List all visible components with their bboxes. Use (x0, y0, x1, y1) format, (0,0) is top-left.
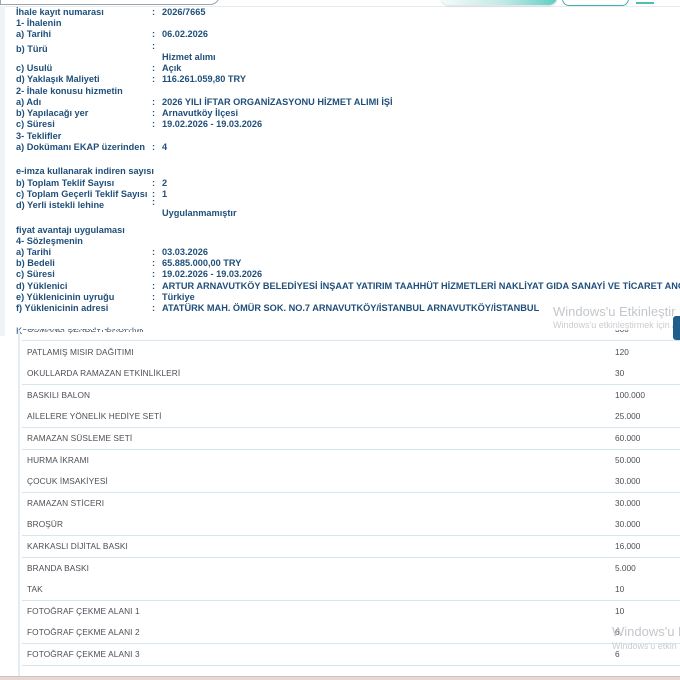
separator: : (152, 7, 162, 18)
detail-row: f) Yüklenicinin adresi:ATATÜRK MAH. ÖMÜR… (16, 303, 539, 314)
detail-row: e) Yüklenicinin uyruğu:Türkiye (16, 292, 195, 303)
detail-row: b) Toplam Teklif Sayısı:2 (16, 178, 167, 189)
separator: : (152, 142, 162, 153)
table-row: AİLELERE YÖNELİK HEDİYE SETİ25.000 (22, 406, 680, 428)
separator: : (152, 303, 162, 314)
table-row: BASKILI BALON100.000 (22, 385, 680, 407)
table-row: RAMAZAN SÜSLEME SETİ60.000 (22, 428, 680, 450)
detail-label: c) Toplam Geçerli Teklif Sayısı (16, 189, 152, 200)
item-name: PATLAMIŞ MISIR DAĞITIMI (27, 347, 134, 357)
detail-value: 19.02.2026 - 19.03.2026 (162, 119, 262, 129)
detail-row: c) Usulü:Açık (16, 63, 181, 74)
item-quantity: 30.000 (615, 476, 640, 486)
item-name: BROŞÜR (27, 519, 63, 529)
item-name: HURMA İKRAMI (27, 455, 89, 465)
item-name: FOTOĞRAF ÇEKME ALANI 1 (27, 606, 140, 616)
announcement-left-border (0, 6, 5, 336)
tender-announcement: İhale kayıt numarası:2026/76651- İhaleni… (0, 0, 680, 342)
detail-label: d) Yerli istekli lehine (16, 200, 152, 211)
item-quantity: 60.000 (615, 433, 640, 443)
detail-label: b) Türü (16, 44, 152, 55)
separator: : (152, 74, 162, 85)
detail-label: İhale kayıt numarası (16, 7, 152, 18)
detail-value: 116.261.059,80 TRY (162, 74, 246, 84)
section-heading: 4- Sözleşmenin (16, 236, 83, 246)
table-row: TAK10 (22, 579, 680, 601)
item-name: FOTOĞRAF ÇEKME ALANI 2 (27, 627, 140, 637)
section-heading: 3- Teklifler (16, 131, 61, 141)
item-quantity: 30 (615, 368, 624, 378)
detail-value: 2026 YILI İFTAR ORGANİZASYONU HİZMET ALI… (162, 97, 393, 107)
detail-value: Türkiye (162, 292, 195, 302)
detail-row: d) Yaklaşık Maliyeti:116.261.059,80 TRY (16, 74, 246, 85)
detail-row: a) Dokümanı EKAP üzerinden:4 (16, 142, 167, 153)
detail-row: c) Süresi:19.02.2026 - 19.03.2026 (16, 119, 262, 130)
item-name: BRANDA BASKI (27, 563, 89, 573)
detail-label: b) Toplam Teklif Sayısı (16, 178, 152, 189)
item-quantity: 120 (615, 347, 629, 357)
detail-row: İhale kayıt numarası:2026/7665 (16, 7, 205, 18)
item-quantity: 10 (615, 606, 624, 616)
item-name: RAMAZAN SÜSLEME SETİ (27, 433, 132, 443)
detail-value: 65.885.000,00 TRY (162, 258, 241, 268)
windows-activation-subtitle-2: Windows'u etkin (612, 641, 677, 651)
item-quantity: 300 (615, 330, 629, 334)
detail-value: ARTUR ARNAVUTKÖY BELEDİYESİ İNŞAAT YATIR… (162, 281, 680, 291)
detail-value: 03.03.2026 (162, 247, 208, 257)
separator: : (152, 63, 162, 74)
separator: : (152, 119, 162, 130)
taskbar-edge (0, 676, 680, 680)
table-row: RAMAZAN STİCERI30.000 (22, 493, 680, 515)
table-row: HURMA İKRAMI50.000 (22, 450, 680, 472)
section-heading: 1- İhalenin (16, 18, 61, 28)
table-row: OSMANLI ŞERBETİ DAĞITIMI300 (22, 330, 680, 341)
detail-label: b) Yapılacağı yer (16, 108, 152, 119)
detail-value: 2026/7665 (162, 7, 205, 17)
detail-label: b) Bedeli (16, 258, 152, 269)
detail-row: a) Tarihi:06.02.2026 (16, 29, 208, 40)
item-quantity: 5.000 (615, 563, 636, 573)
item-name: ÇOCUK İMSAKİYESİ (27, 476, 108, 486)
item-name: FOTOĞRAF ÇEKME ALANI 3 (27, 649, 140, 659)
detail-label: a) Tarihi (16, 247, 152, 258)
detail-row: c) Süresi:19.02.2026 - 19.03.2026 (16, 269, 262, 280)
detail-label: a) Dokümanı EKAP üzerinden (16, 142, 152, 153)
detail-value: 2 (162, 178, 167, 188)
table-row: FOTOĞRAF ÇEKME ALANI 110 (22, 601, 680, 623)
table-row: FOTOĞRAF ÇEKME ALANI 26 (22, 622, 680, 644)
table-row: FOTOĞRAF ÇEKME ALANI 36 (22, 644, 680, 666)
table-row: ÇOCUK İMSAKİYESİ30.000 (22, 471, 680, 493)
detail-label: c) Usulü (16, 63, 152, 74)
separator: : (152, 197, 162, 208)
items-table: OSMANLI ŞERBETİ DAĞITIMI300PATLAMIŞ MISI… (18, 330, 680, 676)
detail-label: c) Süresi (16, 269, 152, 280)
table-row: BROŞÜR30.000 (22, 514, 680, 536)
detail-value: Arnavutköy İlçesi (162, 108, 238, 118)
detail-row: a) Tarihi:03.03.2026 (16, 247, 208, 258)
detail-row: b) Bedeli:65.885.000,00 TRY (16, 258, 241, 269)
label-continuation: fiyat avantajı uygulaması (16, 225, 125, 235)
item-name: KARKASLI DİJİTAL BASKI (27, 541, 128, 551)
label-continuation: e-imza kullanarak indiren sayısı (16, 166, 154, 176)
separator: : (152, 258, 162, 269)
item-name: BASKILI BALON (27, 390, 90, 400)
detail-value: 1 (162, 189, 167, 199)
separator: : (152, 97, 162, 108)
detail-label: d) Yüklenici (16, 281, 152, 292)
detail-label: a) Tarihi (16, 29, 152, 40)
item-name: OSMANLI ŞERBETİ DAĞITIMI (27, 330, 144, 334)
item-quantity: 30.000 (615, 498, 640, 508)
detail-value: 19.02.2026 - 19.03.2026 (162, 269, 262, 279)
detail-row: b) Türü:Hizmet alımı (16, 44, 216, 55)
detail-value: 06.02.2026 (162, 29, 208, 39)
item-quantity: 30.000 (615, 519, 640, 529)
detail-row: a) Adı:2026 YILI İFTAR ORGANİZASYONU HİZ… (16, 97, 393, 108)
separator: : (152, 269, 162, 280)
detail-row: b) Yapılacağı yer:Arnavutköy İlçesi (16, 108, 238, 119)
detail-row: d) Yerli istekli lehine:Uygulanmamıştır (16, 200, 237, 211)
detail-label: e) Yüklenicinin uyruğu (16, 292, 152, 303)
item-name: AİLELERE YÖNELİK HEDİYE SETİ (27, 411, 162, 421)
detail-label: d) Yaklaşık Maliyeti (16, 74, 152, 85)
item-quantity: 100.000 (615, 390, 645, 400)
separator: : (152, 41, 162, 52)
separator: : (152, 178, 162, 189)
item-quantity: 25.000 (615, 411, 640, 421)
item-quantity: 10 (615, 584, 624, 594)
detail-value: ATATÜRK MAH. ÖMÜR SOK. NO.7 ARNAVUTKÖY/İ… (162, 303, 539, 313)
detail-label: c) Süresi (16, 119, 152, 130)
separator: : (152, 292, 162, 303)
detail-label: a) Adı (16, 97, 152, 108)
windows-activation-title: Windows'u Etkinleştir (553, 304, 675, 319)
detail-value: Hizmet alımı (162, 52, 216, 62)
side-feedback-tab[interactable] (673, 316, 680, 340)
separator: : (152, 29, 162, 40)
item-name: TAK (27, 584, 43, 594)
table-row: KARKASLI DİJİTAL BASKI16.000 (22, 536, 680, 558)
separator: : (152, 247, 162, 258)
item-quantity: 16.000 (615, 541, 640, 551)
section-heading: 2- İhale konusu hizmetin (16, 86, 123, 96)
windows-activation-title-2: Windows'u E (612, 624, 680, 639)
separator: : (152, 281, 162, 292)
detail-value: Uygulanmamıştır (162, 208, 237, 218)
table-row: BRANDA BASKI5.000 (22, 558, 680, 580)
item-name: RAMAZAN STİCERI (27, 498, 104, 508)
windows-activation-subtitle: Windows'u etkinleştirmek için A (553, 320, 678, 330)
separator: : (152, 108, 162, 119)
detail-label: f) Yüklenicinin adresi (16, 303, 152, 314)
table-row: PATLAMIŞ MISIR DAĞITIMI120 (22, 342, 680, 364)
detail-value: 4 (162, 142, 167, 152)
item-quantity: 50.000 (615, 455, 640, 465)
detail-value: Açık (162, 63, 181, 73)
item-name: OKULLARDA RAMAZAN ETKİNLİKLERİ (27, 368, 180, 378)
detail-row: c) Toplam Geçerli Teklif Sayısı:1 (16, 189, 167, 200)
table-row: OKULLARDA RAMAZAN ETKİNLİKLERİ30 (22, 363, 680, 385)
detail-row: d) Yüklenici:ARTUR ARNAVUTKÖY BELEDİYESİ… (16, 281, 680, 292)
